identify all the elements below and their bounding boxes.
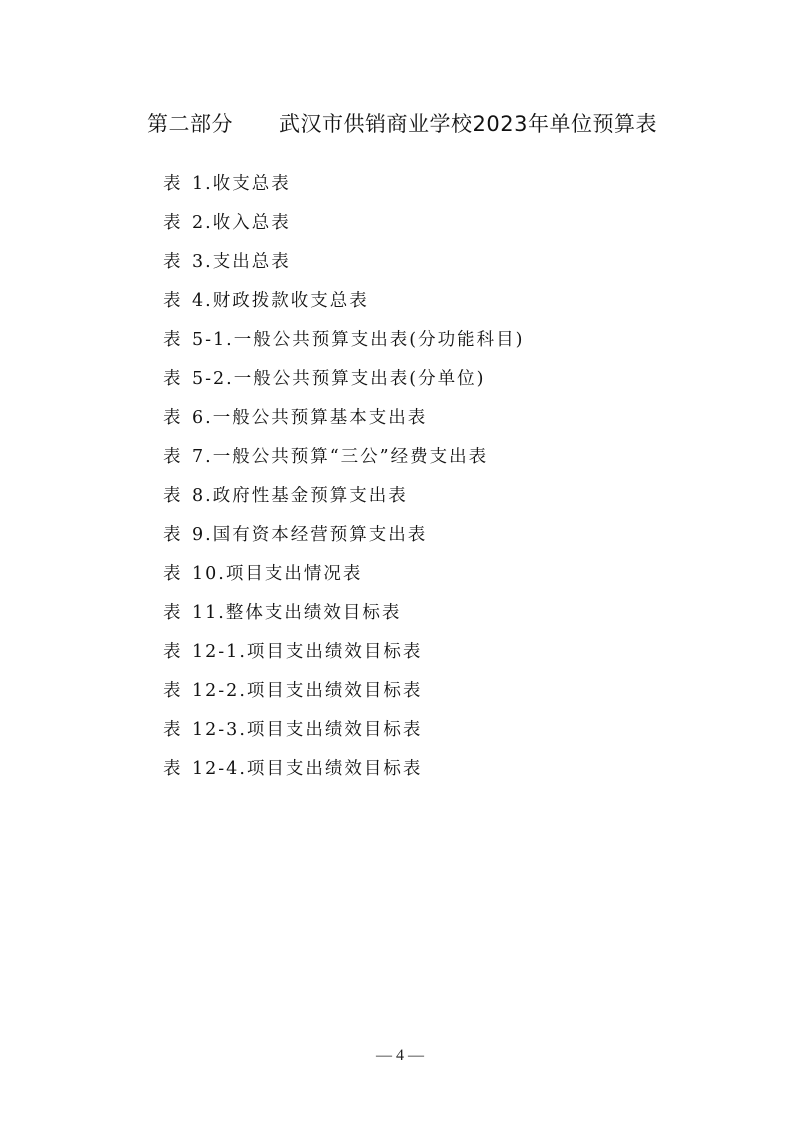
toc-prefix: 表 bbox=[163, 443, 192, 471]
toc-item: 表1.收支总表 bbox=[163, 170, 524, 209]
toc-prefix: 表 bbox=[163, 170, 192, 198]
toc-item: 表11.整体支出绩效目标表 bbox=[163, 599, 524, 638]
toc-item: 表5-1.一般公共预算支出表(分功能科目) bbox=[163, 326, 524, 365]
toc-label: 9.国有资本经营预算支出表 bbox=[192, 525, 427, 545]
toc-label: 7.一般公共预算“三公”经费支出表 bbox=[192, 447, 488, 467]
toc-label: 10.项目支出情况表 bbox=[192, 564, 362, 584]
page-number: — 4 — bbox=[0, 1047, 800, 1065]
toc-prefix: 表 bbox=[163, 599, 192, 627]
toc-item: 表5-2.一般公共预算支出表(分单位) bbox=[163, 365, 524, 404]
toc-label: 2.收入总表 bbox=[192, 213, 291, 233]
toc-label: 6.一般公共预算基本支出表 bbox=[192, 408, 427, 428]
toc-prefix: 表 bbox=[163, 404, 192, 432]
toc-label: 12-4.项目支出绩效目标表 bbox=[192, 759, 422, 779]
toc-item: 表3.支出总表 bbox=[163, 248, 524, 287]
toc-label: 12-3.项目支出绩效目标表 bbox=[192, 720, 422, 740]
toc-label: 1.收支总表 bbox=[192, 174, 291, 194]
toc-prefix: 表 bbox=[163, 560, 192, 588]
part-label: 第二部分 bbox=[147, 108, 233, 138]
toc-prefix: 表 bbox=[163, 287, 192, 315]
toc-item: 表10.项目支出情况表 bbox=[163, 560, 524, 599]
toc-label: 11.整体支出绩效目标表 bbox=[192, 603, 401, 623]
document-title: 武汉市供销商业学校2023年单位预算表 bbox=[279, 112, 657, 136]
table-of-contents: 表1.收支总表 表2.收入总表 表3.支出总表 表4.财政拨款收支总表 表5-1… bbox=[163, 170, 524, 794]
toc-item: 表4.财政拨款收支总表 bbox=[163, 287, 524, 326]
toc-label: 8.政府性基金预算支出表 bbox=[192, 486, 408, 506]
toc-prefix: 表 bbox=[163, 365, 192, 393]
toc-prefix: 表 bbox=[163, 326, 192, 354]
toc-item: 表12-4.项目支出绩效目标表 bbox=[163, 755, 524, 794]
toc-prefix: 表 bbox=[163, 677, 192, 705]
toc-label: 12-2.项目支出绩效目标表 bbox=[192, 681, 422, 701]
toc-item: 表2.收入总表 bbox=[163, 209, 524, 248]
toc-prefix: 表 bbox=[163, 248, 192, 276]
toc-item: 表12-3.项目支出绩效目标表 bbox=[163, 716, 524, 755]
toc-label: 3.支出总表 bbox=[192, 252, 291, 272]
page-title: 第二部分武汉市供销商业学校2023年单位预算表 bbox=[147, 108, 657, 138]
toc-label: 5-2.一般公共预算支出表(分单位) bbox=[192, 369, 485, 389]
toc-item: 表9.国有资本经营预算支出表 bbox=[163, 521, 524, 560]
toc-item: 表12-2.项目支出绩效目标表 bbox=[163, 677, 524, 716]
toc-label: 12-1.项目支出绩效目标表 bbox=[192, 642, 422, 662]
toc-prefix: 表 bbox=[163, 755, 192, 783]
toc-label: 4.财政拨款收支总表 bbox=[192, 291, 369, 311]
toc-item: 表8.政府性基金预算支出表 bbox=[163, 482, 524, 521]
toc-prefix: 表 bbox=[163, 638, 192, 666]
toc-prefix: 表 bbox=[163, 716, 192, 744]
toc-item: 表7.一般公共预算“三公”经费支出表 bbox=[163, 443, 524, 482]
toc-prefix: 表 bbox=[163, 521, 192, 549]
toc-item: 表6.一般公共预算基本支出表 bbox=[163, 404, 524, 443]
toc-label: 5-1.一般公共预算支出表(分功能科目) bbox=[192, 330, 524, 350]
toc-prefix: 表 bbox=[163, 482, 192, 510]
toc-item: 表12-1.项目支出绩效目标表 bbox=[163, 638, 524, 677]
toc-prefix: 表 bbox=[163, 209, 192, 237]
